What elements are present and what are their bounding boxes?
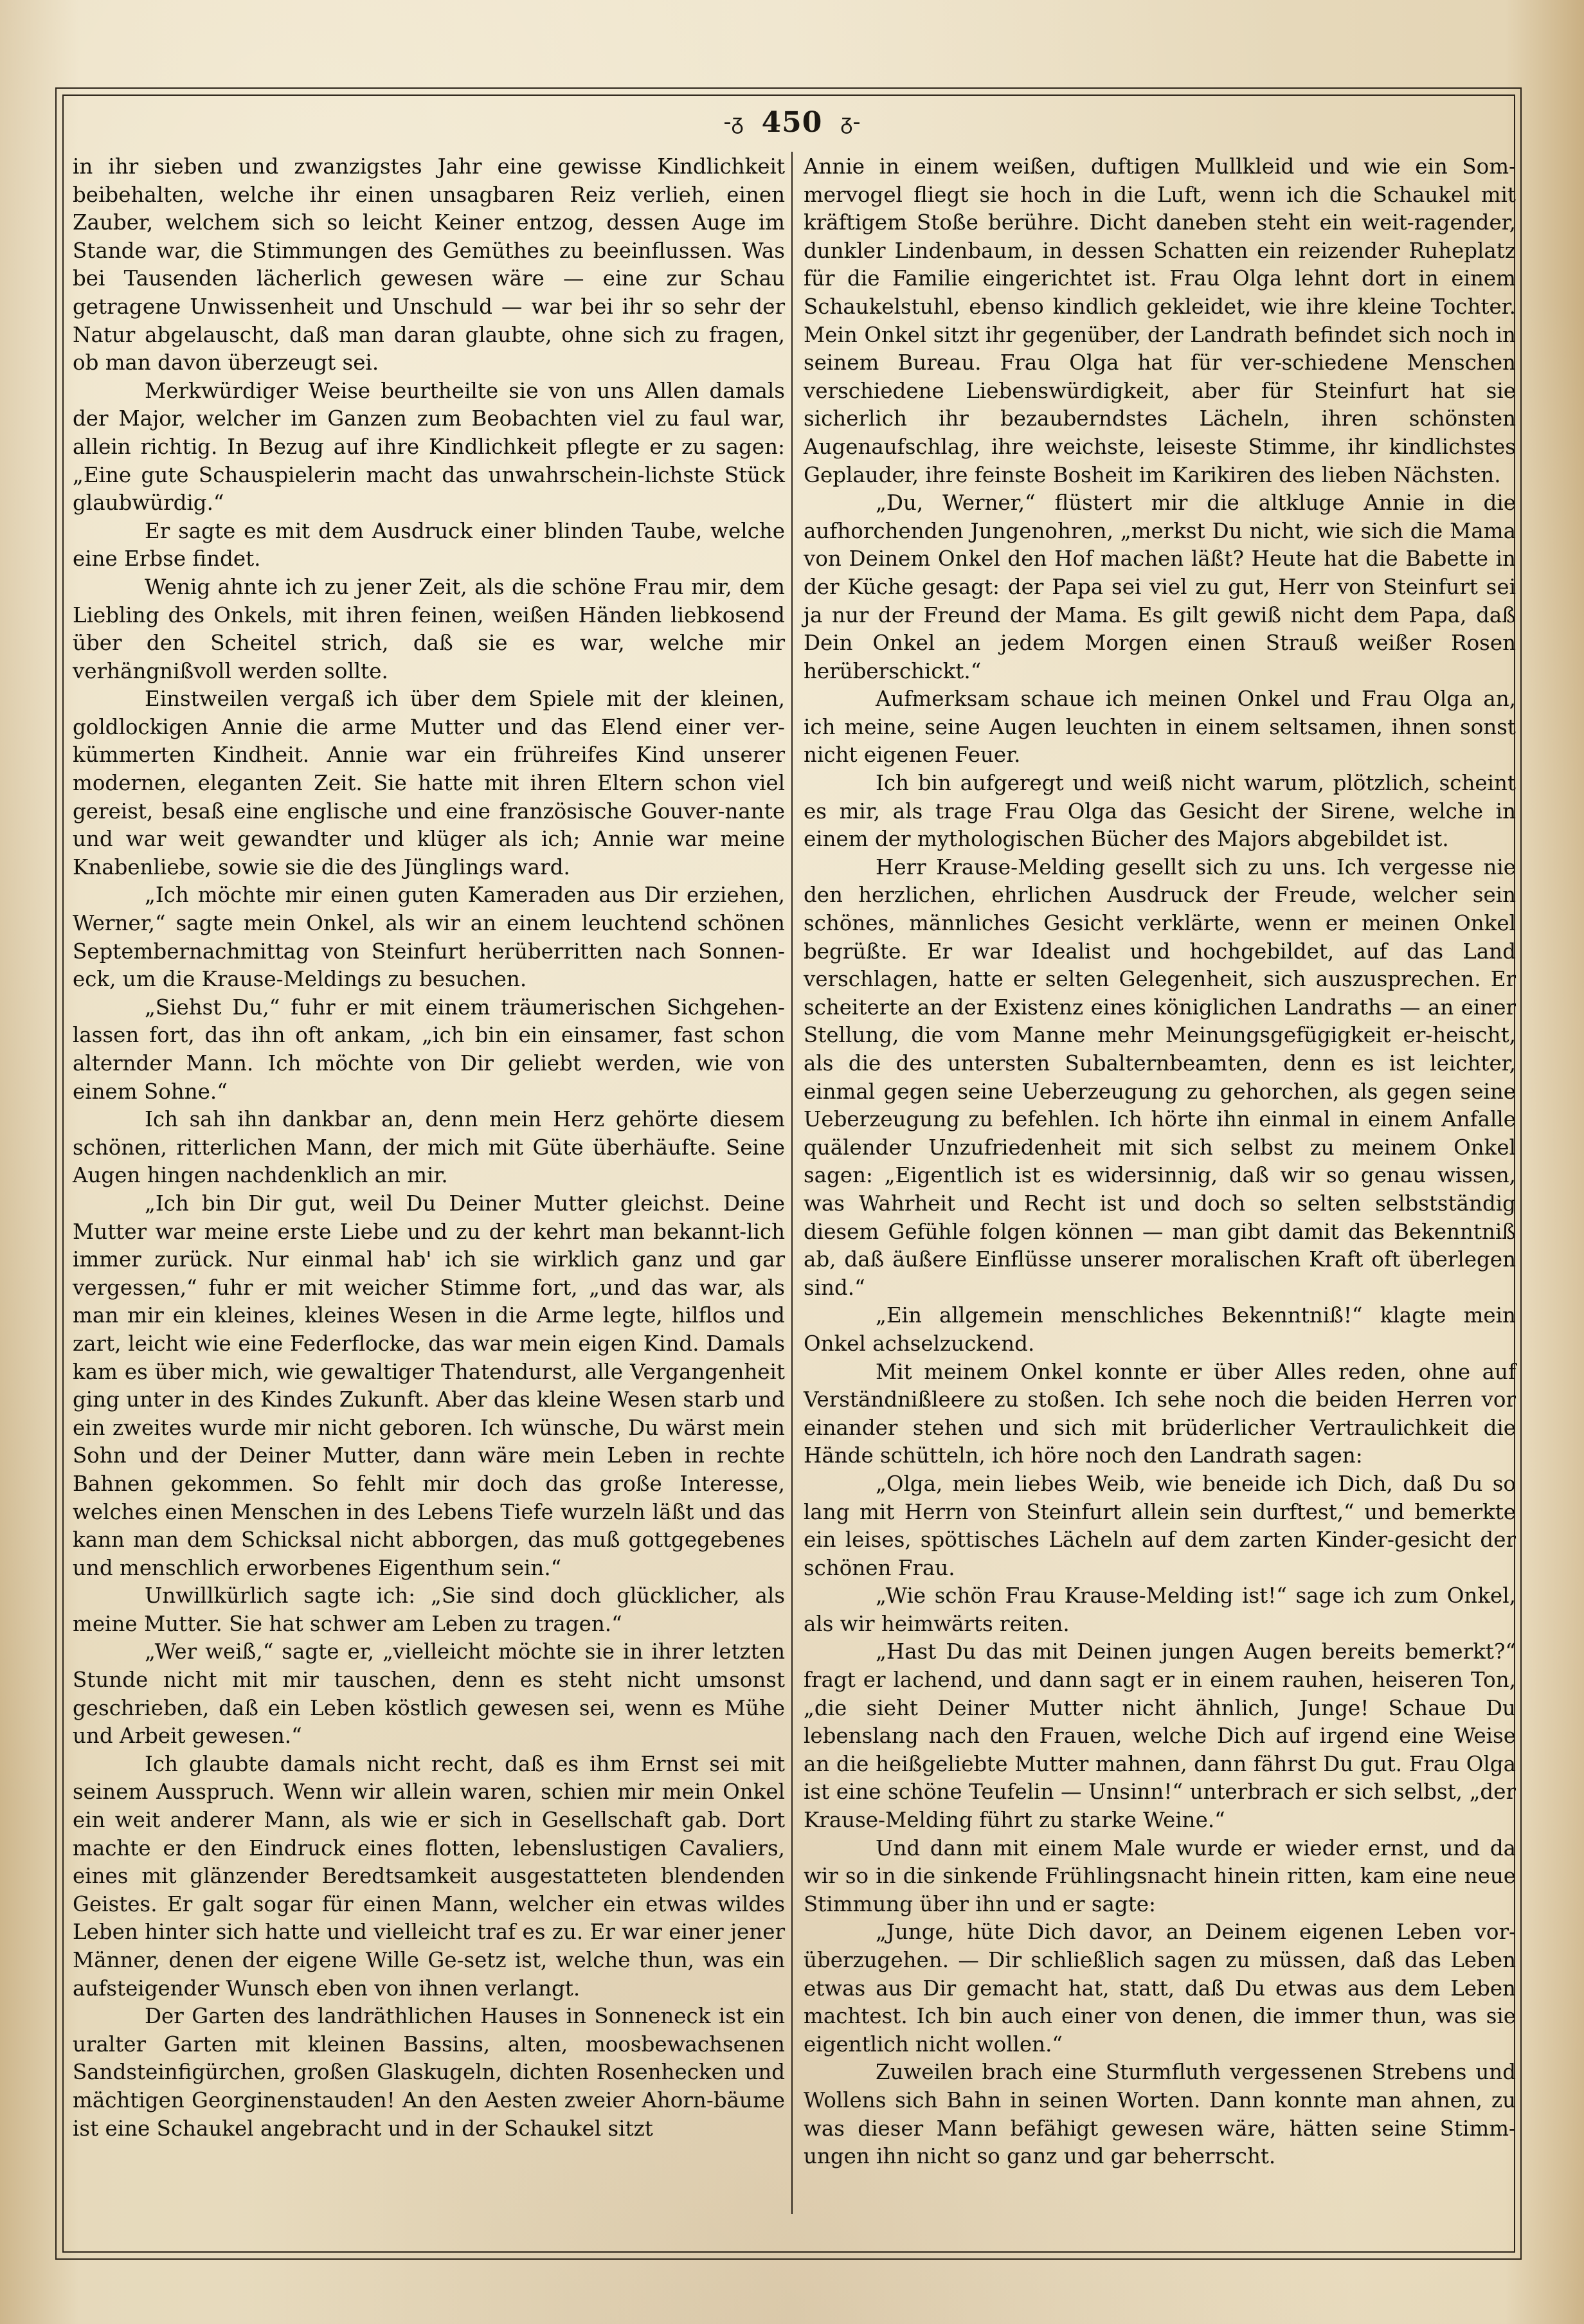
paragraph: Annie in einem weißen, duftigen Mullklei… [804, 153, 1516, 489]
paragraph: Einstweilen vergaß ich über dem Spiele m… [73, 685, 785, 881]
paragraph: „Siehst Du,“ fuhr er mit einem träumeris… [73, 994, 785, 1106]
newspaper-page: -ᵹ 450 ᵹ- in ihr sieben und zwanzigstes … [0, 0, 1584, 2324]
paragraph: Herr Krause-Melding gesellt sich zu uns.… [804, 854, 1516, 1302]
paragraph: „Ich bin Dir gut, weil Du Deiner Mutter … [73, 1190, 785, 1582]
paragraph: Er sagte es mit dem Ausdruck einer blind… [73, 518, 785, 573]
paragraph: Und dann mit einem Male wurde er wieder … [804, 1835, 1516, 1919]
right-column: Annie in einem weißen, duftigen Mullklei… [804, 153, 1516, 2171]
paragraph: „Ich möchte mir einen guten Kameraden au… [73, 881, 785, 993]
page-number: 450 [762, 106, 823, 139]
page-header: -ᵹ 450 ᵹ- [0, 96, 1584, 148]
paragraph: Mit meinem Onkel konnte er über Alles re… [804, 1358, 1516, 1470]
paragraph: Ich bin aufgeregt und weiß nicht warum, … [804, 770, 1516, 854]
left-column: in ihr sieben und zwanzigstes Jahr eine … [73, 153, 785, 2143]
paragraph: „Ein allgemein menschliches Bekenntniß!“… [804, 1302, 1516, 1358]
paragraph: „Wie schön Frau Krause-Melding ist!“ sag… [804, 1582, 1516, 1638]
paragraph: Zuweilen brach eine Sturmfluth vergessen… [804, 2058, 1516, 2170]
paragraph: „Du, Werner,“ flüstert mir die altkluge … [804, 489, 1516, 685]
paragraph: Aufmerksam schaue ich meinen Onkel und F… [804, 685, 1516, 770]
paragraph: „Hast Du das mit Deinen jungen Augen ber… [804, 1638, 1516, 1834]
right-ornament-icon: ᵹ- [840, 109, 860, 135]
paragraph: Der Garten des landräthlichen Hauses in … [73, 2003, 785, 2143]
paragraph: „Wer weiß,“ sagte er, „vielleicht möchte… [73, 1638, 785, 1750]
paragraph: „Junge, hüte Dich davor, an Deinem eigen… [804, 1918, 1516, 2058]
paragraph: Ich glaubte damals nicht recht, daß es i… [73, 1751, 785, 2003]
paragraph: Unwillkürlich sagte ich: „Sie sind doch … [73, 1582, 785, 1638]
paragraph: in ihr sieben und zwanzigstes Jahr eine … [73, 153, 785, 377]
paragraph: „Olga, mein liebes Weib, wie beneide ich… [804, 1470, 1516, 1582]
left-ornament-icon: -ᵹ [723, 109, 743, 135]
paragraph: Ich sah ihn dankbar an, denn mein Herz g… [73, 1106, 785, 1190]
column-divider [791, 152, 793, 2214]
paragraph: Wenig ahnte ich zu jener Zeit, als die s… [73, 573, 785, 685]
paragraph: Merkwürdiger Weise beurtheilte sie von u… [73, 377, 785, 518]
